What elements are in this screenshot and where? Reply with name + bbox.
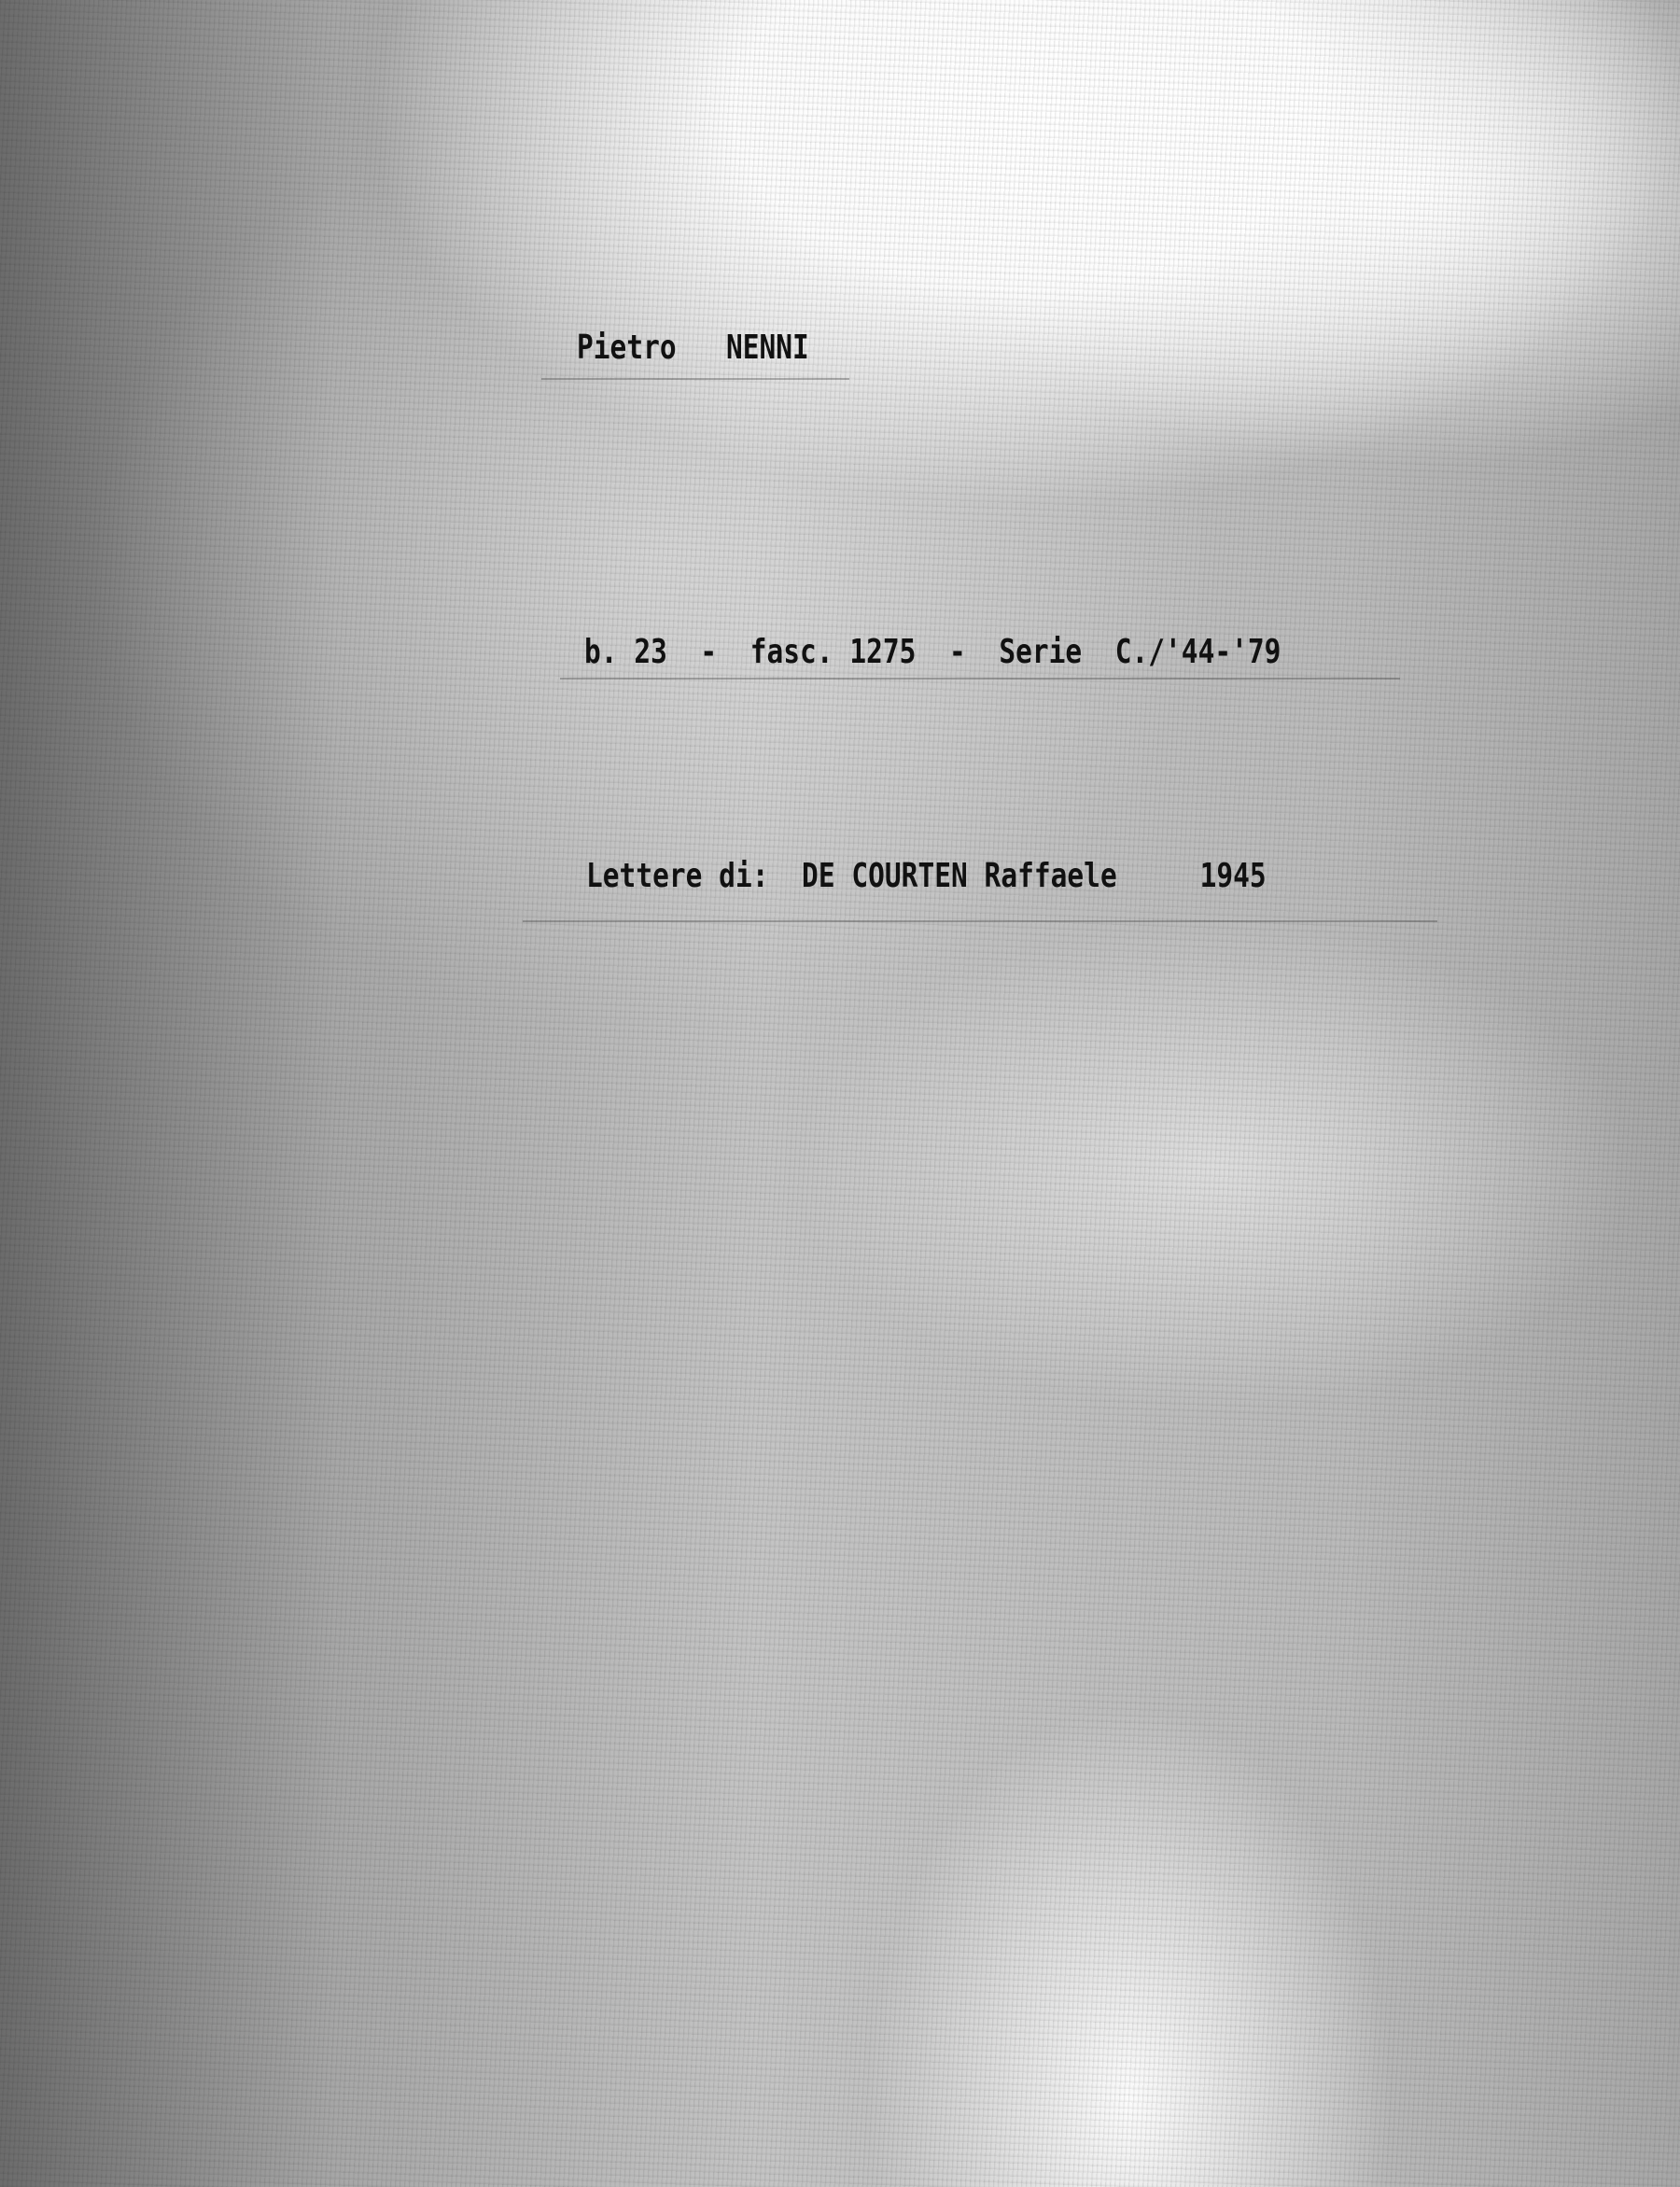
author-name: Pietro NENNI: [577, 329, 809, 367]
letters-description: Lettere di: DE COURTEN Raffaele 1945: [586, 857, 1267, 895]
archive-reference: b. 23 - fasc. 1275 - Serie C./'44-'79: [584, 633, 1281, 671]
divider: [523, 920, 1437, 922]
divider: [541, 378, 849, 380]
scan-noise-texture: [0, 0, 1680, 2187]
divider: [560, 678, 1400, 680]
